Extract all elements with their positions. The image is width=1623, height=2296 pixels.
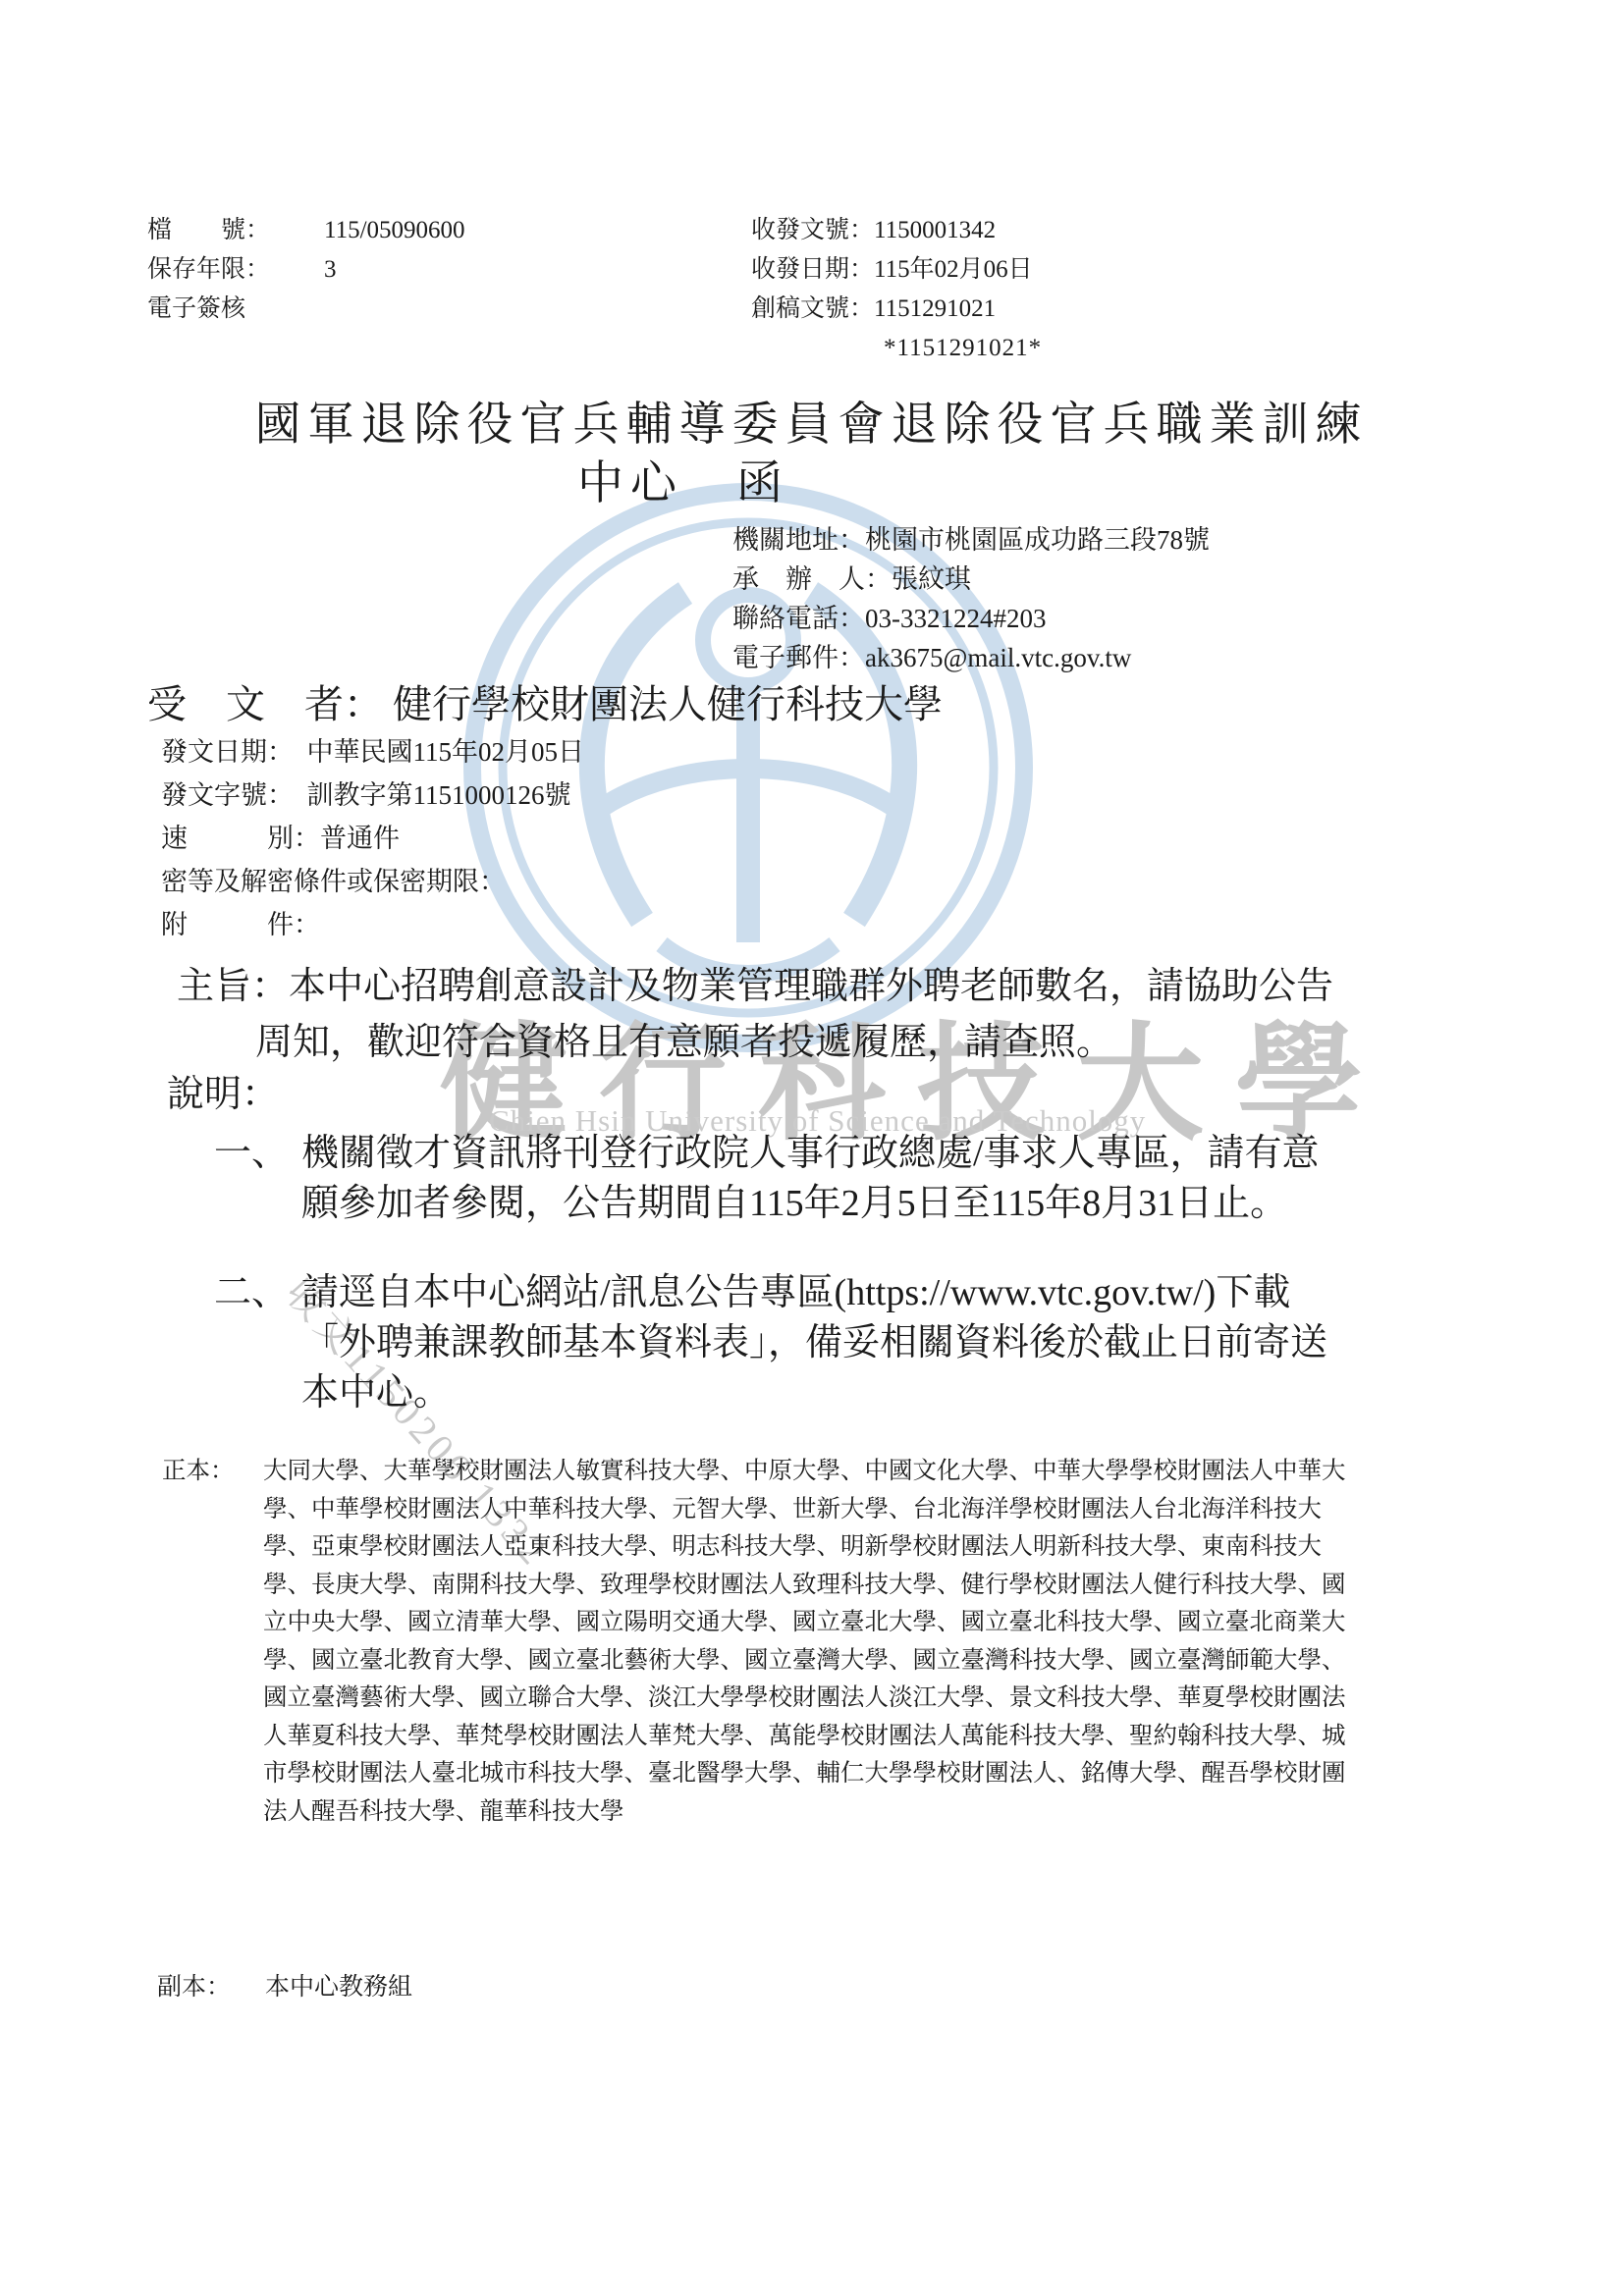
subject-label: 主旨： [177, 966, 289, 1007]
file-number-label: 檔 號： [147, 211, 324, 250]
recipient-value: 健行學校財團法人健行科技大學 [393, 682, 943, 726]
copy-recipients-label: 副本： [157, 1968, 265, 2007]
copy-recipients-text: 本中心教務組 [265, 1974, 412, 2001]
explanation-item-1-bullet: 一、 [214, 1129, 301, 1179]
explanation-item-2: 二、請逕自本中心網站/訊息公告專區(https://www.vtc.gov.tw… [214, 1268, 1337, 1418]
attachment-label: 附 件： [161, 910, 320, 939]
contact-phone-row: 聯絡電話：03-3321224#203 [732, 599, 1210, 638]
receipt-meta-block: 收發文號：1150001342 收發日期：115年02月06日 創稿文號：115… [751, 211, 1042, 368]
agency-contact-block: 機關地址：桃園市桃園區成功路三段78號 承 辦 人：張紋琪 聯絡電話：03-33… [732, 520, 1210, 677]
issue-meta-block: 發文日期： 中華民國115年02月05日 發文字號： 訓教字第115100012… [161, 730, 584, 946]
speed-class-row: 速 別：普通件 [161, 817, 584, 860]
speed-class-label: 速 別： [161, 824, 320, 853]
recipient-row: 受 文 者：健行學校財團法人健行科技大學 [147, 681, 943, 728]
file-number-row: 檔 號：115/05090600 [147, 211, 465, 250]
receive-number-label: 收發文號： [751, 217, 874, 243]
subject-text: 本中心招聘創意設計及物業管理職群外聘老師數名，請協助公告周知，歡迎符合資格且有意… [255, 966, 1333, 1063]
original-recipients-paragraph: 正本：大同大學、大華學校財團法人敏實科技大學、中原大學、中國文化大學、中華大學學… [162, 1453, 1365, 1831]
draft-number-row: 創稿文號：1151291021 [751, 290, 1042, 329]
security-class-label: 密等及解密條件或保密期限： [161, 867, 506, 896]
contact-person-label: 承 辦 人： [732, 564, 892, 594]
contact-person-row: 承 辦 人：張紋琪 [732, 560, 1210, 599]
barcode-caption: *1151291021* [884, 329, 1042, 368]
subject-paragraph: 主旨：本中心招聘創意設計及物業管理職群外聘老師數名，請協助公告周知，歡迎符合資格… [177, 959, 1370, 1071]
receive-date-label: 收發日期： [751, 256, 874, 283]
explanation-item-1: 一、機關徵才資訊將刊登行政院人事行政總處/事求人專區，請有意願參加者參閱，公告期… [214, 1129, 1337, 1229]
draft-number-value: 1151291021 [874, 295, 996, 322]
issue-number-row: 發文字號： 訓教字第1151000126號 [161, 774, 584, 817]
contact-email-value: ak3675@mail.vtc.gov.tw [865, 643, 1131, 672]
original-recipients-text: 大同大學、大華學校財團法人敏實科技大學、中原大學、中國文化大學、中華大學學校財團… [263, 1458, 1346, 1825]
file-meta-block: 檔 號：115/05090600 保存年限：3 電子簽核 [147, 211, 465, 329]
copy-recipients-row: 副本：本中心教務組 [157, 1968, 412, 2007]
retention-period-value: 3 [324, 256, 337, 283]
draft-number-label: 創稿文號： [751, 295, 874, 322]
agency-address-row: 機關地址：桃園市桃園區成功路三段78號 [732, 520, 1210, 560]
explanation-item-2-bullet: 二、 [214, 1268, 301, 1318]
contact-person-value: 張紋琪 [892, 564, 971, 594]
document-title-line1: 國軍退除役官兵輔導委員會退除役官兵職業訓練 [0, 396, 1623, 454]
agency-address-value: 桃園市桃園區成功路三段78號 [865, 525, 1210, 555]
security-class-row: 密等及解密條件或保密期限： [161, 860, 584, 903]
issue-number-value: 訓教字第1151000126號 [281, 780, 571, 810]
explanation-item-1-text: 機關徵才資訊將刊登行政院人事行政總處/事求人專區，請有意願參加者參閱，公告期間自… [301, 1133, 1320, 1224]
retention-period-label: 保存年限： [147, 250, 324, 290]
receive-number-value: 1150001342 [874, 217, 996, 243]
scanned-official-letter-page: 健行科技大學 Chien Hsin University of Science … [0, 0, 1623, 2296]
original-recipients-label: 正本： [162, 1453, 263, 1491]
agency-address-label: 機關地址： [732, 525, 865, 555]
explanation-heading: 說明： [167, 1067, 279, 1123]
receive-date-value: 115年02月06日 [874, 256, 1033, 283]
file-number-value: 115/05090600 [324, 217, 465, 243]
receive-date-row: 收發日期：115年02月06日 [751, 250, 1042, 290]
document-title-line2: 中心 函 [577, 454, 789, 513]
contact-email-row: 電子郵件：ak3675@mail.vtc.gov.tw [732, 638, 1210, 677]
contact-email-label: 電子郵件： [732, 643, 865, 672]
speed-class-value: 普通件 [320, 824, 400, 853]
explanation-item-2-text: 請逕自本中心網站/訊息公告專區(https://www.vtc.gov.tw/)… [301, 1272, 1327, 1414]
retention-period-row: 保存年限：3 [147, 250, 465, 290]
receive-number-row: 收發文號：1150001342 [751, 211, 1042, 250]
attachment-row: 附 件： [161, 903, 584, 946]
electronic-signature-label: 電子簽核 [147, 290, 324, 329]
issue-number-label: 發文字號： [161, 780, 281, 810]
recipient-label: 受 文 者： [147, 682, 383, 726]
issue-date-label: 發文日期： [161, 737, 281, 767]
issue-date-value: 中華民國115年02月05日 [281, 737, 585, 767]
contact-phone-value: 03-3321224#203 [865, 604, 1047, 633]
contact-phone-label: 聯絡電話： [732, 604, 865, 633]
electronic-signature-row: 電子簽核 [147, 290, 465, 329]
issue-date-row: 發文日期： 中華民國115年02月05日 [161, 730, 584, 774]
